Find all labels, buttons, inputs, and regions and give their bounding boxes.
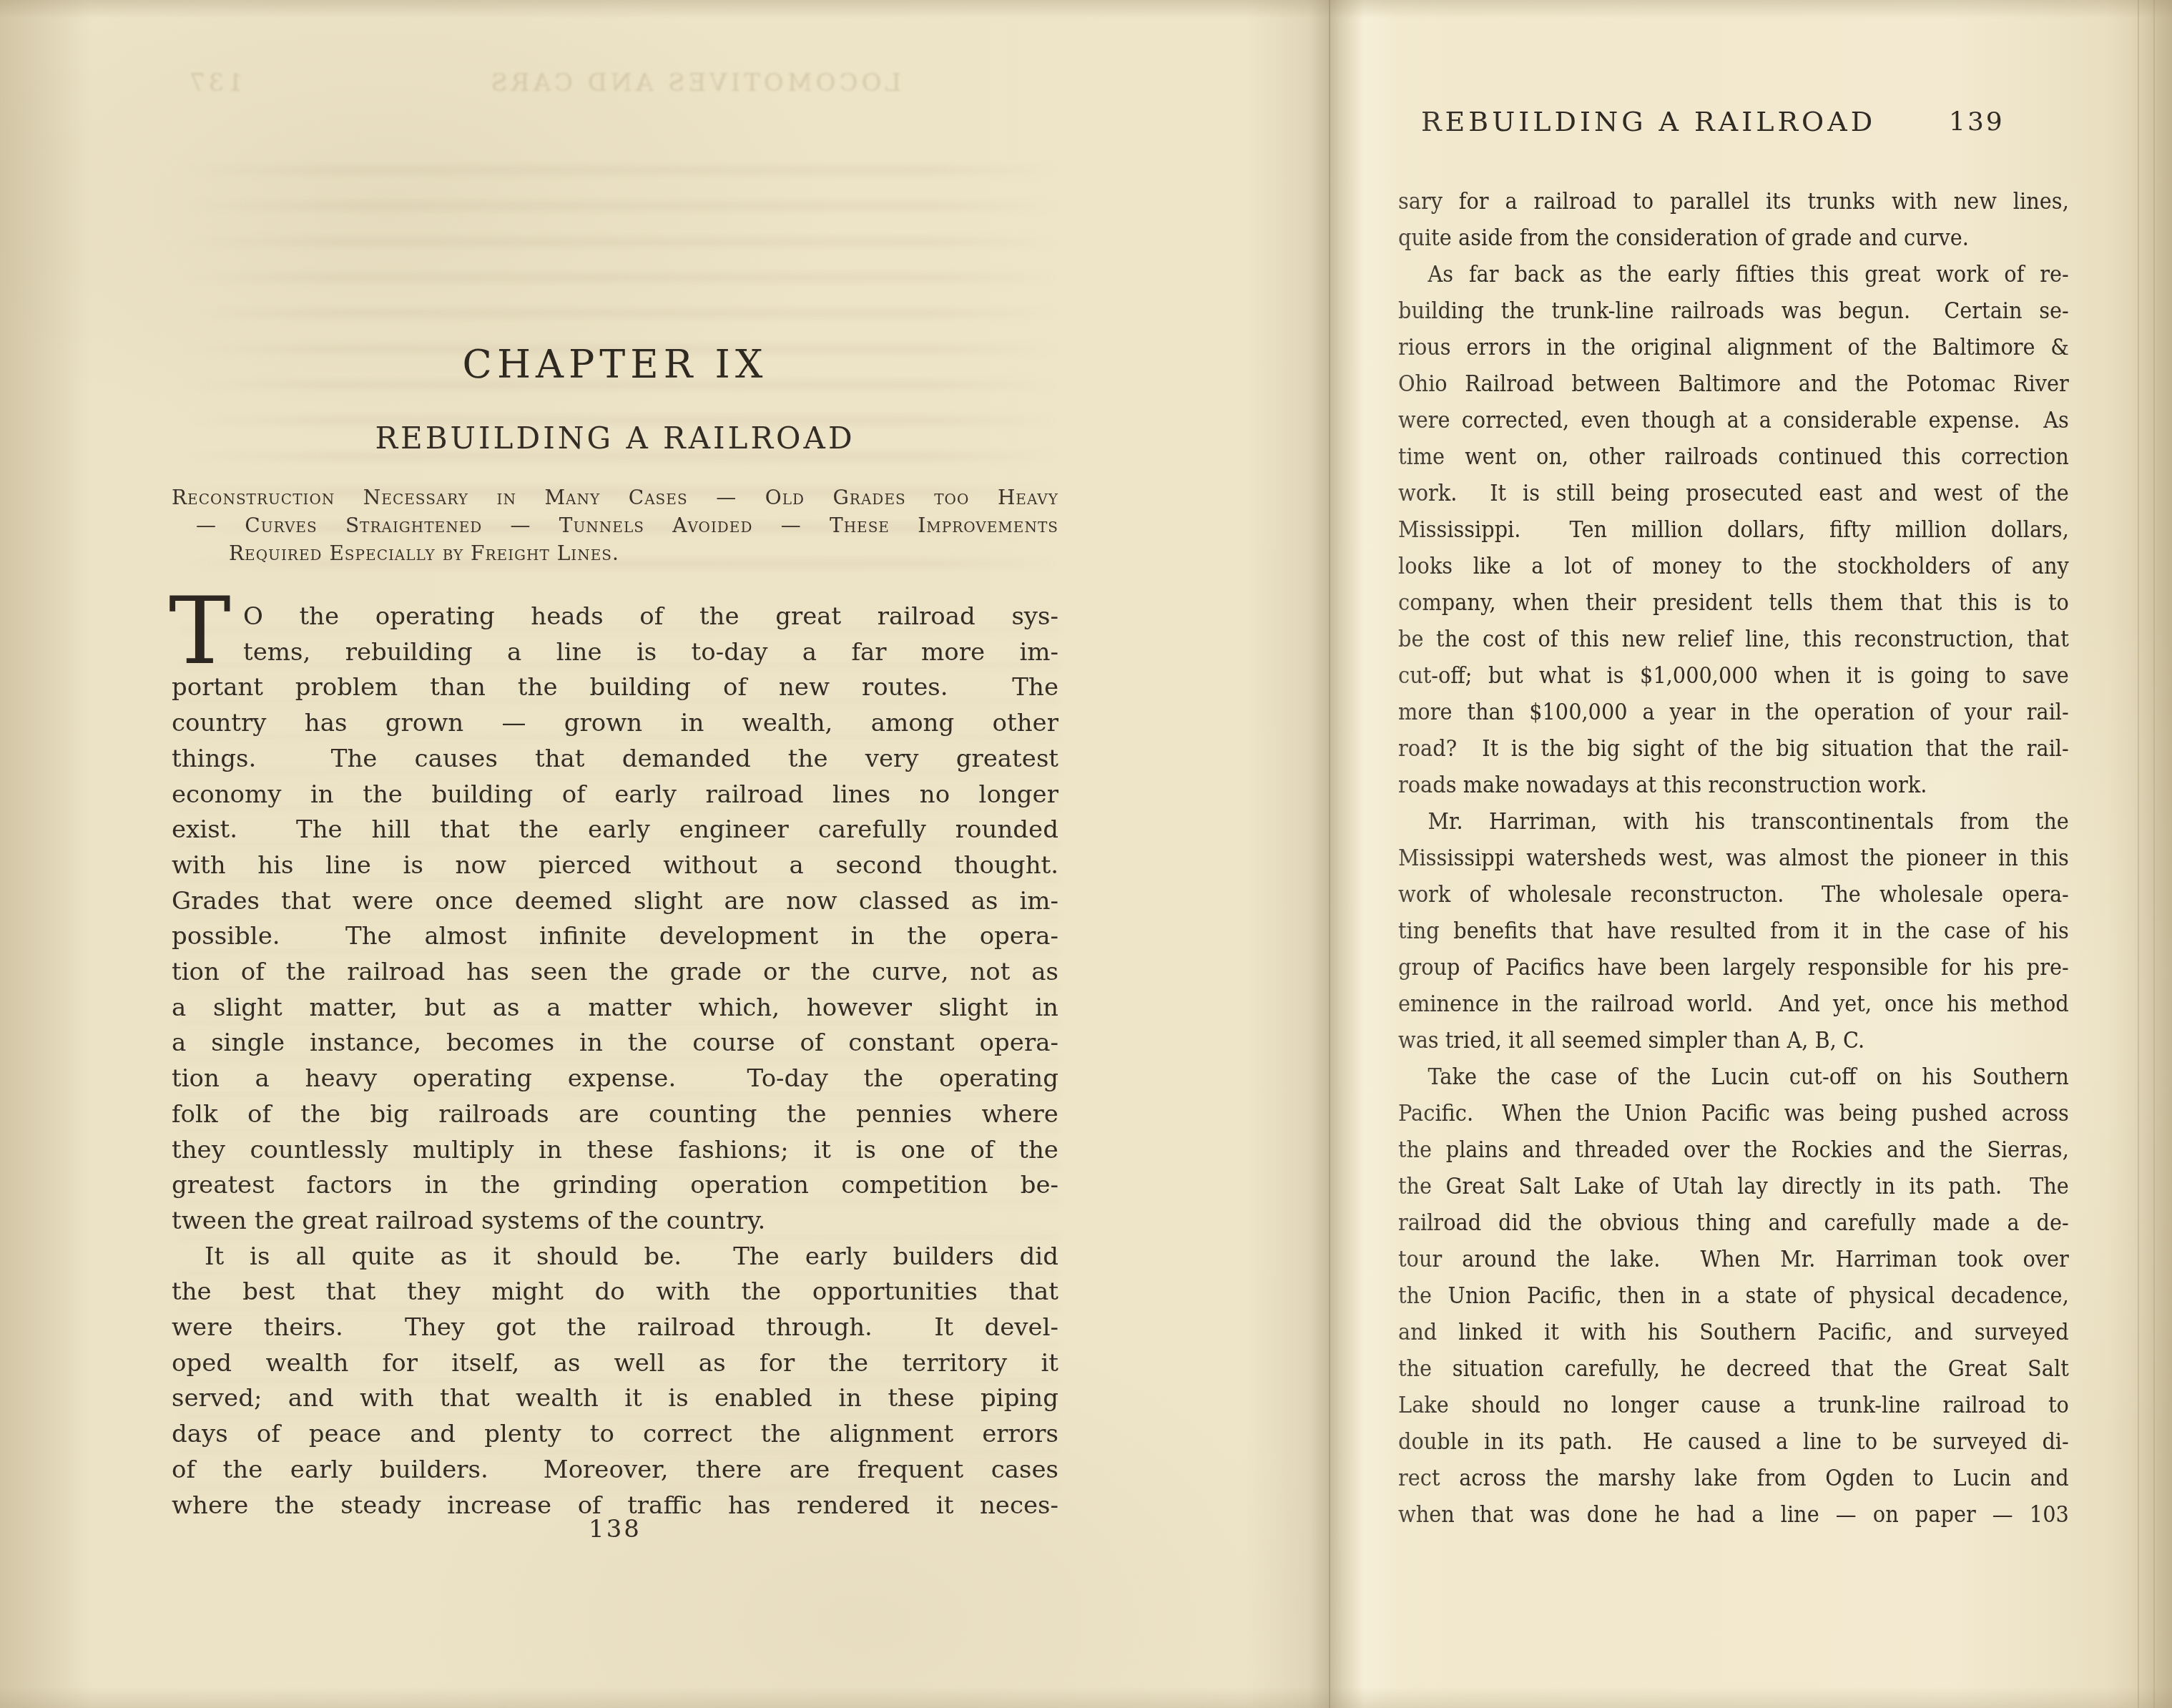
text-line: days of peace and plenty to correct the …	[172, 1417, 1058, 1453]
text-line: they countlessly multiply in these fashi…	[172, 1133, 1058, 1169]
text-line: economy in the building of early railroa…	[172, 777, 1058, 813]
text-line: Ohio Railroad between Baltimore and the …	[1398, 365, 2069, 402]
text-line: As far back as the early fifties this gr…	[1398, 256, 2069, 293]
text-line: tion of the railroad has seen the grade …	[172, 955, 1058, 991]
text-line: tion a heavy operating expense. To-day t…	[172, 1061, 1058, 1097]
text-line: when that was done he had a line — on pa…	[1398, 1496, 2069, 1533]
text-line: cut-off; but what is $1,000,000 when it …	[1398, 657, 2069, 694]
text-line: time went on, other railroads continued …	[1398, 438, 2069, 475]
text-line: a single instance, becomes in the course…	[172, 1026, 1058, 1061]
text-line: building the trunk-line railroads was be…	[1398, 293, 2069, 329]
text-line: Take the case of the Lucin cut-off on hi…	[1398, 1059, 2069, 1095]
drop-cap: T	[169, 595, 231, 667]
body-text-left: TO the operating heads of the great rail…	[172, 599, 1058, 1523]
ghost-folio: 137	[186, 69, 243, 97]
text-line: eminence in the railroad world. And yet,…	[1398, 986, 2069, 1022]
text-line: sary for a railroad to parallel its trun…	[1398, 183, 2069, 220]
paragraph: TO the operating heads of the great rail…	[172, 599, 1058, 1240]
text-line: things. The causes that demanded the ver…	[172, 742, 1058, 777]
text-line: the Union Pacific, then in a state of ph…	[1398, 1277, 2069, 1314]
text-line: possible. The almost infinite developmen…	[172, 919, 1058, 955]
text-line: the best that they might do with the opp…	[172, 1275, 1058, 1310]
folio-right: 139	[1949, 107, 2005, 137]
text-line: more than $100,000 a year in the operati…	[1398, 694, 2069, 730]
text-line: looks like a lot of money to the stockho…	[1398, 548, 2069, 584]
text-line: served; and with that wealth it is enabl…	[172, 1381, 1058, 1417]
text-line: Mr. Harriman, with his transcontinentals…	[1398, 803, 2069, 840]
text-line: tems, rebuilding a line is to-day a far …	[172, 635, 1058, 671]
text-line: work of wholesale reconstructon. The who…	[1398, 876, 2069, 913]
text-line: with his line is now pierced without a s…	[172, 848, 1058, 884]
text-line: company, when their president tells them…	[1398, 584, 2069, 621]
text-line: double in its path. He caused a line to …	[1398, 1423, 2069, 1460]
text-line: country has grown — grown in wealth, amo…	[172, 706, 1058, 742]
text-line: tween the great railroad systems of the …	[172, 1204, 1058, 1240]
text-line: O the operating heads of the great railr…	[172, 599, 1058, 635]
text-line: Lake should no longer cause a trunk-line…	[1398, 1387, 2069, 1423]
summary-line: Reconstruction Necessary in Many Cases —…	[172, 484, 1058, 511]
page-right: REBUILDING A RAILROAD 139 sary for a rai…	[1302, 0, 2172, 1708]
text-line: the plains and threaded over the Rockies…	[1398, 1132, 2069, 1168]
text-line: exist. The hill that the early engineer …	[172, 813, 1058, 848]
text-line: ting benefits that have resulted from it…	[1398, 913, 2069, 949]
text-line: railroad did the obvious thing and caref…	[1398, 1204, 2069, 1241]
text-line: roads make nowadays at this reconstructi…	[1398, 767, 2069, 803]
text-line: Grades that were once deemed slight are …	[172, 884, 1058, 920]
text-line: quite aside from the consideration of gr…	[1398, 220, 2069, 256]
ghost-bleedthrough-header: LOCOMOTIVES AND CARS 137	[186, 69, 901, 97]
chapter-title: REBUILDING A RAILROAD	[172, 421, 1058, 456]
text-line: folk of the big railroads are counting t…	[172, 1097, 1058, 1133]
text-line: a slight matter, but as a matter which, …	[172, 991, 1058, 1026]
ghost-running-head: LOCOMOTIVES AND CARS	[488, 69, 901, 97]
text-line: Pacific. When the Union Pacific was bein…	[1398, 1095, 2069, 1132]
text-line: group of Pacifics have been largely resp…	[1398, 949, 2069, 986]
summary-line: — Curves Straightened — Tunnels Avoided …	[172, 511, 1058, 539]
text-line: It is all quite as it should be. The ear…	[172, 1240, 1058, 1275]
paragraph: sary for a railroad to parallel its trun…	[1398, 183, 2069, 256]
body-text-right: sary for a railroad to parallel its trun…	[1398, 183, 2069, 1533]
text-line: was tried, it all seemed simpler than A,…	[1398, 1022, 2069, 1059]
paragraph: It is all quite as it should be. The ear…	[172, 1240, 1058, 1524]
text-line: were theirs. They got the railroad throu…	[172, 1310, 1058, 1346]
text-line: and linked it with his Southern Pacific,…	[1398, 1314, 2069, 1350]
book-spread: LOCOMOTIVES AND CARS 137 CHAPTER IX REBU…	[0, 0, 2172, 1708]
text-line: portant problem than the building of new…	[172, 670, 1058, 706]
text-line: Mississippi watersheds west, was almost …	[1398, 840, 2069, 876]
text-line: the Great Salt Lake of Utah lay directly…	[1398, 1168, 2069, 1204]
text-line: tour around the lake. When Mr. Harriman …	[1398, 1241, 2069, 1277]
paragraph: Mr. Harriman, with his transcontinentals…	[1398, 803, 2069, 1059]
text-line: of the early builders. Moreover, there a…	[172, 1453, 1058, 1488]
chapter-heading: CHAPTER IX	[172, 342, 1058, 387]
paragraph: As far back as the early fifties this gr…	[1398, 256, 2069, 803]
text-line: the situation carefully, he decreed that…	[1398, 1350, 2069, 1387]
page-left: LOCOMOTIVES AND CARS 137 CHAPTER IX REBU…	[0, 0, 1302, 1708]
text-line: road? It is the big sight of the big sit…	[1398, 730, 2069, 767]
text-line: be the cost of this new relief line, thi…	[1398, 621, 2069, 657]
text-line: Mississippi. Ten million dollars, fifty …	[1398, 511, 2069, 548]
running-head: REBUILDING A RAILROAD	[1412, 106, 1884, 137]
summary-line: Required Especially by Freight Lines.	[172, 539, 1058, 567]
text-line: oped wealth for itself, as well as for t…	[172, 1346, 1058, 1382]
folio-left: 138	[172, 1515, 1058, 1543]
paragraph: Take the case of the Lucin cut-off on hi…	[1398, 1059, 2069, 1533]
chapter-summary: Reconstruction Necessary in Many Cases —…	[172, 484, 1058, 567]
text-line: rect across the marshy lake from Ogden t…	[1398, 1460, 2069, 1496]
text-line: work. It is still being prosecuted east …	[1398, 475, 2069, 511]
text-line: were corrected, even though at a conside…	[1398, 402, 2069, 438]
running-head-row: REBUILDING A RAILROAD 139	[1398, 106, 2072, 149]
text-line: rious errors in the original alignment o…	[1398, 329, 2069, 365]
text-line: greatest factors in the grinding operati…	[172, 1168, 1058, 1204]
